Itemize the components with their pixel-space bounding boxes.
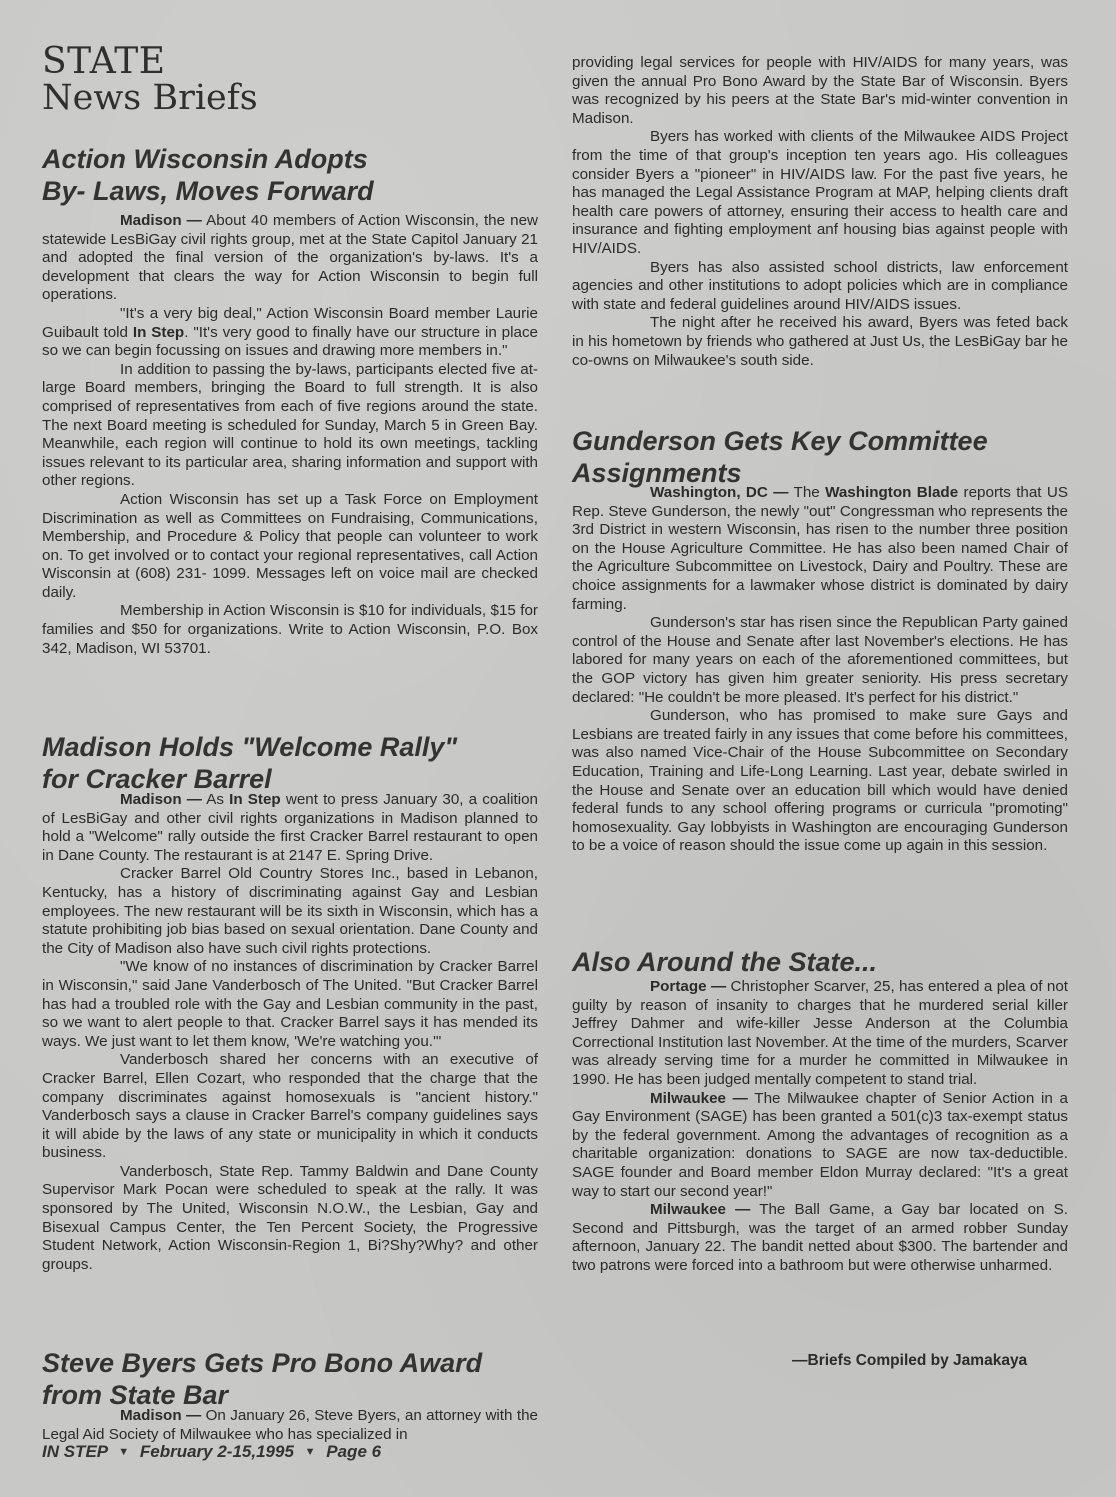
article-headline-around-the-state: Also Around the State... — [572, 946, 877, 978]
page-number: Page 6 — [326, 1442, 381, 1461]
dateline: Milwaukee — — [650, 1090, 748, 1107]
publication-name: In Step — [229, 791, 281, 808]
paragraph-text: About 40 members of Action Wisconsin, th… — [42, 212, 538, 303]
brief-item: Milwaukee — The Ball Game, a Gay bar loc… — [572, 1201, 1068, 1275]
paragraph-text: On January 26, Steve Byers, an attorney … — [42, 1407, 538, 1443]
paragraph-text: Christopher Scarver, 25, has entered a p… — [572, 978, 1068, 1088]
brief-item: Portage — Christopher Scarver, 25, has e… — [572, 978, 1068, 1090]
article-headline-cracker-barrel: Madison Holds "Welcome Rally" for Cracke… — [42, 731, 457, 795]
page-footer: IN STEP ▼ February 2-15,1995 ▼ Page 6 — [42, 1442, 381, 1462]
paragraph: The night after he received his award, B… — [572, 314, 1068, 370]
paragraph-text: The — [788, 484, 825, 501]
issue-date: February 2-15,1995 — [140, 1442, 294, 1461]
paragraph-text: reports that US Rep. Steve Gunderson, th… — [572, 484, 1068, 613]
triangle-down-icon: ▼ — [305, 1446, 316, 1458]
paragraph: Washington, DC — The Washington Blade re… — [572, 484, 1068, 614]
headline-line: for Cracker Barrel — [42, 764, 272, 794]
article-headline-steve-byers: Steve Byers Gets Pro Bono Award from Sta… — [42, 1347, 482, 1411]
paragraph: Madison — About 40 members of Action Wis… — [42, 212, 538, 305]
paragraph: In addition to passing the by-laws, part… — [42, 361, 538, 491]
article-body-gunderson: Washington, DC — The Washington Blade re… — [572, 484, 1068, 856]
section-title: STATE News Briefs — [42, 44, 258, 116]
dateline: Milwaukee — — [650, 1201, 750, 1218]
brief-item: Milwaukee — The Milwaukee chapter of Sen… — [572, 1090, 1068, 1202]
headline-line: Steve Byers Gets Pro Bono Award — [42, 1348, 482, 1378]
byline-credit: —Briefs Compiled by Jamakaya — [792, 1352, 1027, 1370]
paragraph: Gunderson, who has promised to make sure… — [572, 707, 1068, 856]
paragraph: Byers has worked with clients of the Mil… — [572, 128, 1068, 258]
headline-line: Also Around the State... — [572, 947, 877, 977]
headline-line: By- Laws, Moves Forward — [42, 176, 374, 206]
paragraph-text: The Ball Game, a Gay bar located on S. S… — [572, 1201, 1068, 1274]
dateline: Madison — — [120, 791, 202, 808]
article-body-steve-byers-continued: providing legal services for people with… — [572, 54, 1068, 370]
dateline: Portage — — [650, 978, 726, 995]
dateline: Madison — — [120, 212, 202, 229]
headline-line: Action Wisconsin Adopts — [42, 144, 368, 174]
paragraph: Madison — As In Step went to press Janua… — [42, 791, 538, 865]
paragraph: providing legal services for people with… — [572, 54, 1068, 128]
dateline: Madison — — [120, 1407, 201, 1424]
paragraph: Vanderbosch, State Rep. Tammy Baldwin an… — [42, 1163, 538, 1275]
paragraph: "It's a very big deal," Action Wisconsin… — [42, 305, 538, 361]
paragraph-text: went to press January 30, a coalition of… — [42, 791, 538, 864]
paragraph: Madison — On January 26, Steve Byers, an… — [42, 1407, 538, 1444]
paragraph: Cracker Barrel Old Country Stores Inc., … — [42, 865, 538, 958]
publication-title: IN STEP — [42, 1442, 108, 1461]
paragraph-text: As — [202, 791, 229, 808]
paragraph: Membership in Action Wisconsin is $10 fo… — [42, 602, 538, 658]
headline-line: Madison Holds "Welcome Rally" — [42, 732, 457, 762]
paragraph: Action Wisconsin has set up a Task Force… — [42, 491, 538, 603]
triangle-down-icon: ▼ — [118, 1446, 129, 1458]
article-body-around-the-state: Portage — Christopher Scarver, 25, has e… — [572, 978, 1068, 1276]
paragraph: Byers has also assisted school districts… — [572, 259, 1068, 315]
publication-name: In Step — [133, 324, 184, 341]
newspaper-page: STATE News Briefs Action Wisconsin Adopt… — [0, 0, 1116, 1497]
article-headline-gunderson: Gunderson Gets Key Committee Assignments — [572, 425, 988, 489]
section-title-line2: News Briefs — [42, 80, 258, 116]
article-headline-action-wisconsin: Action Wisconsin Adopts By- Laws, Moves … — [42, 143, 374, 207]
dateline: Washington, DC — — [650, 484, 788, 501]
article-body-action-wisconsin: Madison — About 40 members of Action Wis… — [42, 212, 538, 658]
paragraph: Vanderbosch shared her concerns with an … — [42, 1051, 538, 1163]
article-body-steve-byers-start: Madison — On January 26, Steve Byers, an… — [42, 1407, 538, 1444]
article-body-cracker-barrel: Madison — As In Step went to press Janua… — [42, 791, 538, 1274]
publication-name: Washington Blade — [825, 484, 958, 501]
paragraph: Gunderson's star has risen since the Rep… — [572, 614, 1068, 707]
section-title-line1: STATE — [42, 44, 258, 80]
paragraph-text: The Milwaukee chapter of Senior Action i… — [572, 1090, 1068, 1200]
paragraph: "We know of no instances of discriminati… — [42, 958, 538, 1051]
headline-line: Gunderson Gets Key Committee — [572, 426, 988, 456]
headline-line: from State Bar — [42, 1380, 228, 1410]
